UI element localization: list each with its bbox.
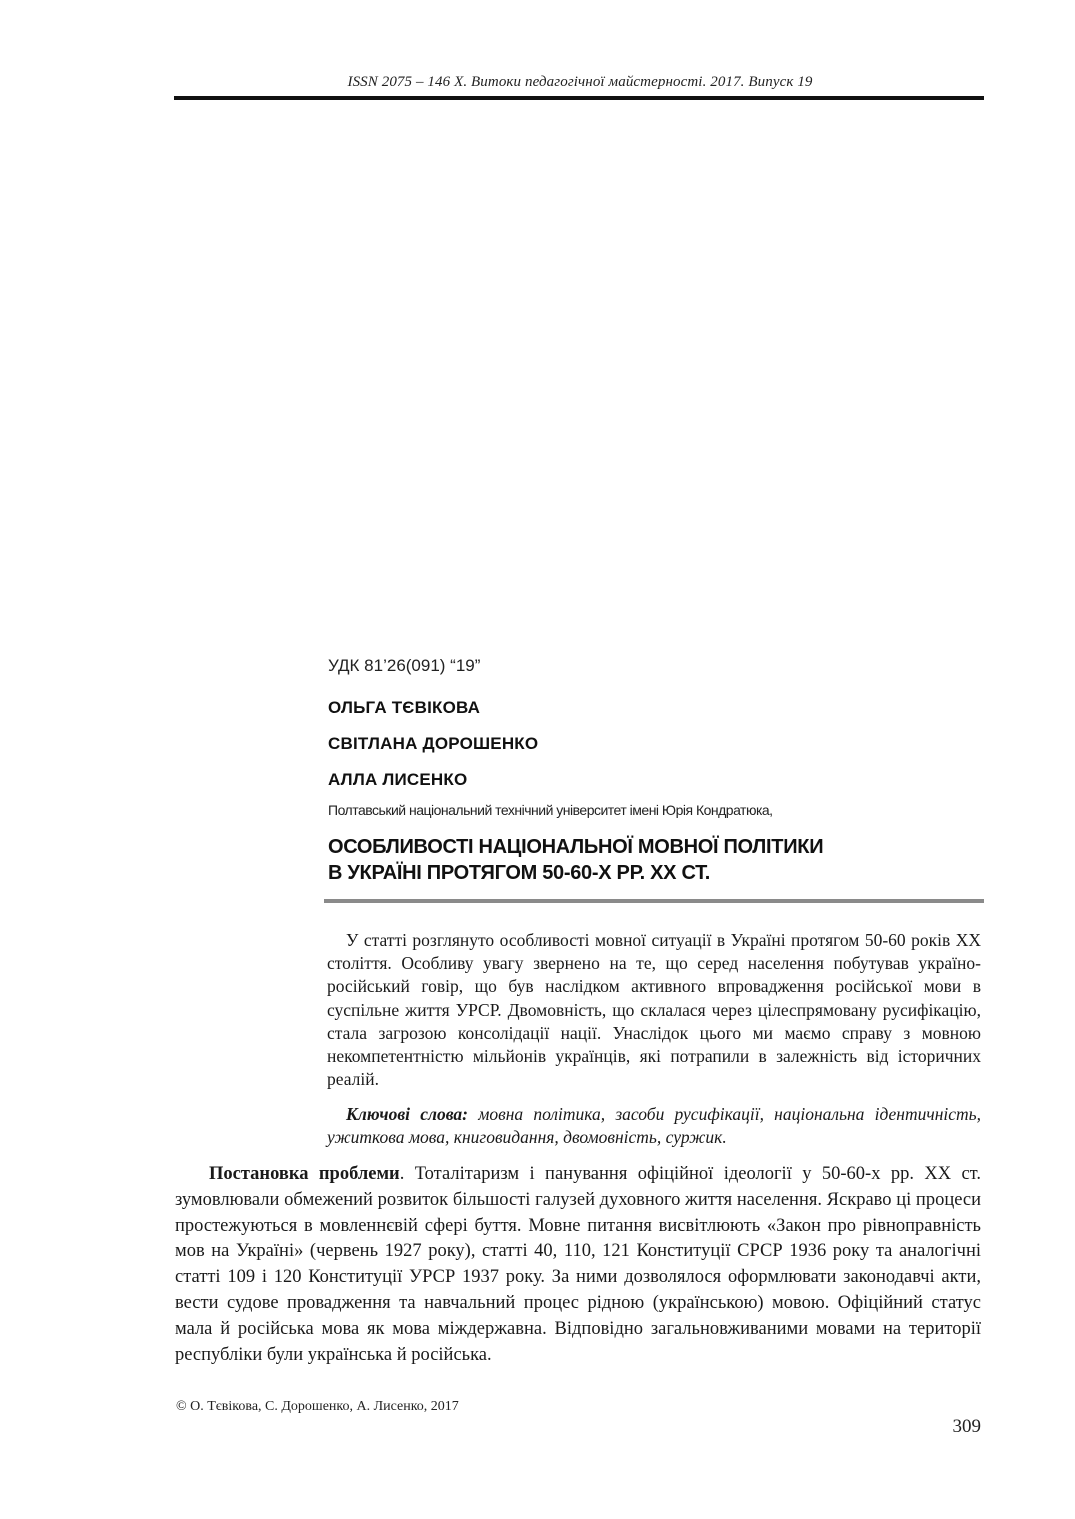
abstract: У статті розглянуто особливості мовної с…	[327, 929, 981, 1091]
header-rule	[174, 96, 984, 100]
author-name: ОЛЬГА ТЄВІКОВА	[328, 698, 480, 718]
article-title: ОСОБЛИВОСТІ НАЦІОНАЛЬНОЇ МОВНОЇ ПОЛІТИКИ…	[328, 834, 823, 886]
body-text: . Тоталітаризм і панування офіційної іде…	[175, 1164, 981, 1365]
body-paragraph: Постановка проблеми. Тоталітаризм і пану…	[175, 1162, 981, 1368]
page-number: 309	[953, 1416, 982, 1438]
article-title-line: В УКРАЇНІ ПРОТЯГОМ 50-60-Х РР. ХХ СТ.	[328, 860, 823, 886]
keywords-label: Ключові слова:	[346, 1104, 468, 1124]
copyright: © О. Тєвікова, С. Дорошенко, А. Лисенко,…	[176, 1399, 459, 1415]
article-title-line: ОСОБЛИВОСТІ НАЦІОНАЛЬНОЇ МОВНОЇ ПОЛІТИКИ	[328, 834, 823, 860]
keywords: Ключові слова: мовна політика, засоби ру…	[327, 1103, 981, 1149]
affiliation: Полтавський національний технічний уніве…	[328, 802, 773, 818]
author-name: АЛЛА ЛИСЕНКО	[328, 770, 467, 790]
author-name: СВІТЛАНА ДОРОШЕНКО	[328, 734, 538, 754]
udk-code: УДК 81’26(091) “19”	[328, 656, 480, 676]
section-lead: Постановка проблеми	[209, 1164, 400, 1184]
title-rule	[324, 899, 984, 903]
running-header: ISSN 2075 – 146 X. Витоки педагогічної м…	[175, 74, 985, 91]
